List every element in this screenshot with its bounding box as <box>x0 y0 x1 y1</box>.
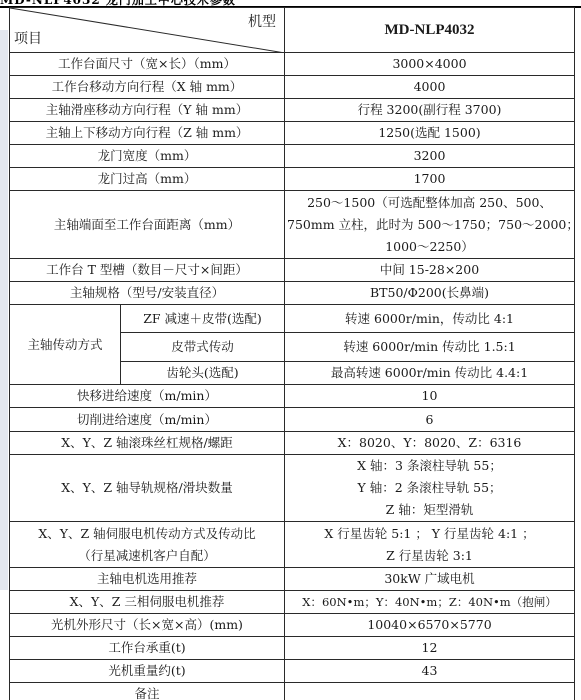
row-sub-item: 齿轮头(选配) <box>121 362 285 385</box>
row-item: 工作台面尺寸（宽×长）（mm） <box>10 53 285 76</box>
header-item-label: 项目 <box>14 28 42 50</box>
row-item: 工作台承重(t) <box>10 637 285 660</box>
item-line: （行星减速机客户自配） <box>12 545 282 567</box>
background-left-strip <box>0 30 8 590</box>
row-item: 龙门宽度（mm） <box>10 145 285 168</box>
table-row: 主轴传动方式 ZF 减速＋皮带(选配) 转速 6000r/min，传动比 4:1 <box>10 305 575 333</box>
table-row: 工作台面尺寸（宽×长）（mm） 3000×4000 <box>10 53 575 76</box>
table-row: 主轴规格（型号/安装直径） BT50/Φ200(长鼻端) <box>10 282 575 305</box>
value-line: X 轴：3 条滚柱导轨 55； <box>287 455 572 477</box>
table-row: 快移进给速度（m/min） 10 <box>10 385 575 408</box>
row-value: 1250(选配 1500) <box>285 122 575 145</box>
row-value-multiline: X 轴：3 条滚柱导轨 55； Y 轴：2 条滚柱导轨 55； Z 轴：矩型滑轨 <box>285 455 575 522</box>
table-row: 光机外形尺寸（长×宽×高）(mm) 10040×6570×5770 <box>10 614 575 637</box>
row-value: 3200 <box>285 145 575 168</box>
row-value: X：60N•m；Y：40N•m；Z：40N•m（抱闸） <box>285 591 575 614</box>
row-value: 10 <box>285 385 575 408</box>
row-item: 快移进给速度（m/min） <box>10 385 285 408</box>
row-item: 光机重量约(t) <box>10 660 285 683</box>
table-row: X、Y、Z 轴伺服电机传动方式及传动比 （行星减速机客户自配） X 行星齿轮 5… <box>10 522 575 568</box>
header-diagonal-cell: 机型 项目 <box>10 8 285 53</box>
row-value: 10040×6570×5770 <box>285 614 575 637</box>
row-value: 中间 15-28×200 <box>285 259 575 282</box>
row-item: X、Y、Z 轴导轨规格/滑块数量 <box>10 455 285 522</box>
row-item: 工作台移动方向行程（X 轴 mm） <box>10 76 285 99</box>
row-value: 最高转速 6000r/min 传动比 4.4:1 <box>285 362 575 385</box>
item-line: X、Y、Z 轴伺服电机传动方式及传动比 <box>12 523 282 545</box>
table-row: 主轴端面至工作台面距离（mm） 250～1500（可选配整体加高 250、500… <box>10 191 575 259</box>
row-value: 行程 3200(副行程 3700) <box>285 99 575 122</box>
table-row: X、Y、Z 轴导轨规格/滑块数量 X 轴：3 条滚柱导轨 55； Y 轴：2 条… <box>10 455 575 522</box>
table-row: 工作台 T 型槽（数目－尺寸×间距） 中间 15-28×200 <box>10 259 575 282</box>
table-row: 主轴电机选用推荐 30kW 广域电机 <box>10 568 575 591</box>
row-sub-item: ZF 减速＋皮带(选配) <box>121 305 285 333</box>
row-item: 主轴规格（型号/安装直径） <box>10 282 285 305</box>
value-line: Z 轴：矩型滑轨 <box>287 499 572 521</box>
header-model-label: 机型 <box>248 11 276 33</box>
table-row: X、Y、Z 轴滚珠丝杠规格/螺距 X：8020、Y：8020、Z：6316 <box>10 432 575 455</box>
row-item: X、Y、Z 轴滚珠丝杠规格/螺距 <box>10 432 285 455</box>
row-item: 主轴电机选用推荐 <box>10 568 285 591</box>
row-value: 43 <box>285 660 575 683</box>
row-item: X、Y、Z 三相伺服电机推荐 <box>10 591 285 614</box>
table-row: 光机重量约(t) 43 <box>10 660 575 683</box>
table-row: 龙门宽度（mm） 3200 <box>10 145 575 168</box>
row-item: 龙门过高（mm） <box>10 168 285 191</box>
spec-table: 机型 项目 MD-NLP4032 工作台面尺寸（宽×长）（mm） 3000×40… <box>9 7 575 700</box>
table-row: 工作台移动方向行程（X 轴 mm） 4000 <box>10 76 575 99</box>
row-item: 主轴滑座移动方向行程（Y 轴 mm） <box>10 99 285 122</box>
row-value: 30kW 广域电机 <box>285 568 575 591</box>
row-value: 1700 <box>285 168 575 191</box>
value-line: 1000～2250） <box>287 236 572 258</box>
value-line: X 行星齿轮 5:1 ； Y 行星齿轮 4:1 ； <box>287 523 572 545</box>
table-row: 切削进给速度（m/min） 6 <box>10 408 575 432</box>
row-item: 工作台 T 型槽（数目－尺寸×间距） <box>10 259 285 282</box>
row-value: 3000×4000 <box>285 53 575 76</box>
value-line: Y 轴：2 条滚柱导轨 55； <box>287 477 572 499</box>
row-item: 切削进给速度（m/min） <box>10 408 285 432</box>
table-row: 工作台承重(t) 12 <box>10 637 575 660</box>
value-line: 250～1500（可选配整体加高 250、500、 <box>287 192 572 214</box>
table-row: 龙门过高（mm） 1700 <box>10 168 575 191</box>
row-item: 主轴上下移动方向行程（Z 轴 mm） <box>10 122 285 145</box>
row-value: BT50/Φ200(长鼻端) <box>285 282 575 305</box>
row-value: 转速 6000r/min，传动比 4:1 <box>285 305 575 333</box>
value-line: Z 行星齿轮 3:1 <box>287 545 572 567</box>
row-sub-item: 皮带式传动 <box>121 333 285 362</box>
diagonal-line-icon <box>10 8 285 53</box>
header-model-name: MD-NLP4032 <box>285 8 575 53</box>
row-item-multiline: X、Y、Z 轴伺服电机传动方式及传动比 （行星减速机客户自配） <box>10 522 285 568</box>
row-item: 光机外形尺寸（长×宽×高）(mm) <box>10 614 285 637</box>
row-value-multiline: 250～1500（可选配整体加高 250、500、 750mm 立柱，此时为 5… <box>285 191 575 259</box>
row-value-multiline: X 行星齿轮 5:1 ； Y 行星齿轮 4:1 ； Z 行星齿轮 3:1 <box>285 522 575 568</box>
row-value: 6 <box>285 408 575 432</box>
row-value: 转速 6000r/min 传动比 1.5:1 <box>285 333 575 362</box>
row-value: 12 <box>285 637 575 660</box>
row-item: 备注 <box>10 683 285 700</box>
row-value: X：8020、Y：8020、Z：6316 <box>285 432 575 455</box>
table-row: 主轴滑座移动方向行程（Y 轴 mm） 行程 3200(副行程 3700) <box>10 99 575 122</box>
table-row: 主轴上下移动方向行程（Z 轴 mm） 1250(选配 1500) <box>10 122 575 145</box>
table-row: X、Y、Z 三相伺服电机推荐 X：60N•m；Y：40N•m；Z：40N•m（抱… <box>10 591 575 614</box>
row-value <box>285 683 575 700</box>
row-item: 主轴端面至工作台面距离（mm） <box>10 191 285 259</box>
row-item-group: 主轴传动方式 <box>10 305 121 385</box>
table-header-row: 机型 项目 MD-NLP4032 <box>10 8 575 53</box>
row-value: 4000 <box>285 76 575 99</box>
value-line: 750mm 立柱，此时为 500～1750；750～2000； <box>287 214 572 236</box>
table-row: 备注 <box>10 683 575 700</box>
